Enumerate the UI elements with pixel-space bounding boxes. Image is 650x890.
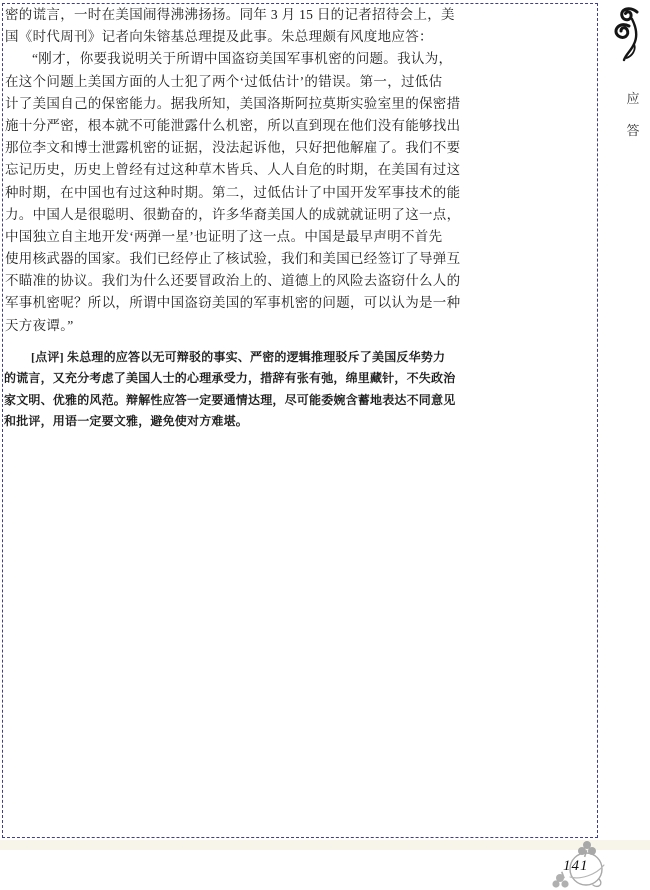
text-line: 使用核武器的国家。我们已经停止了核试验，我们和美国已经签订了导弹互 bbox=[5, 248, 455, 270]
text-line: 军事机密呢？所以，所谓中国盗窃美国的军事机密的问题，可以认为是一种 bbox=[5, 292, 455, 314]
comment-line: 和批评，用语一定要文雅，避免使对方难堪。 bbox=[4, 411, 452, 432]
floral-flourish-icon bbox=[613, 6, 647, 64]
text-line: 力。中国人是很聪明、很勤奋的，许多华裔美国人的成就就证明了这一点， bbox=[5, 204, 455, 226]
page-number: 141 bbox=[563, 858, 589, 875]
comment-line: 的谎言，又充分考虑了美国人士的心理承受力，措辞有张有弛，绵里藏针，不失政治 bbox=[4, 368, 452, 389]
text-line: 忘记历史，历史上曾经有过这种草木皆兵、人人自危的时期，在美国有过这 bbox=[5, 159, 455, 181]
book-page: 密的谎言，一时在美国闹得沸沸扬扬。同年 3 月 15 日的记者招待会上，美 国《… bbox=[0, 0, 650, 890]
comment-line: [点评] 朱总理的应答以无可辩驳的事实、严密的逻辑推理驳斥了美国反华势力 bbox=[4, 347, 452, 368]
text-line: 不瞄准的协议。我们为什么还要冒政治上的、道德上的风险去盗窃什么人的 bbox=[5, 270, 455, 292]
text-line: 那位李文和博士泄露机密的证据，没法起诉他，只好把他解雇了。我们不要 bbox=[5, 137, 455, 159]
text-line: 密的谎言，一时在美国闹得沸沸扬扬。同年 3 月 15 日的记者招待会上，美 bbox=[5, 4, 455, 26]
text-line: 天方夜谭。” bbox=[5, 315, 455, 337]
comment-line: 家文明、优雅的风范。辩解性应答一定要通情达理，尽可能委婉含蓄地表达不同意见 bbox=[4, 390, 452, 411]
text-line: “刚才，你要我说明关于所谓中国盗窃美国军事机密的问题。我认为， bbox=[5, 48, 455, 70]
text-line: 施十分严密，根本就不可能泄露什么机密，所以直到现在他们没有能够找出 bbox=[5, 115, 455, 137]
margin-label-char: 应 bbox=[626, 88, 640, 102]
text-line: 在这个问题上美国方面的人士犯了两个‘过低估计’的错误。第一，过低估 bbox=[5, 71, 455, 93]
text-line: 种时期，在中国也有过这种时期。第二，过低估计了中国开发军事技术的能 bbox=[5, 182, 455, 204]
text-line: 国《时代周刊》记者向朱镕基总理提及此事。朱总理颇有风度地应答： bbox=[5, 26, 455, 48]
text-line: 中国独立自主地开发‘两弹一星’也证明了这一点。中国是最早声明不首先 bbox=[5, 226, 455, 248]
text-line: 计了美国自己的保密能力。据我所知，美国洛斯阿拉莫斯实验室里的保密措 bbox=[5, 93, 455, 115]
main-text-block: 密的谎言，一时在美国闹得沸沸扬扬。同年 3 月 15 日的记者招待会上，美 国《… bbox=[5, 4, 455, 337]
comment-block: [点评] 朱总理的应答以无可辩驳的事实、严密的逻辑推理驳斥了美国反华势力 的谎言… bbox=[4, 347, 452, 432]
margin-label-char: 答 bbox=[626, 120, 640, 134]
